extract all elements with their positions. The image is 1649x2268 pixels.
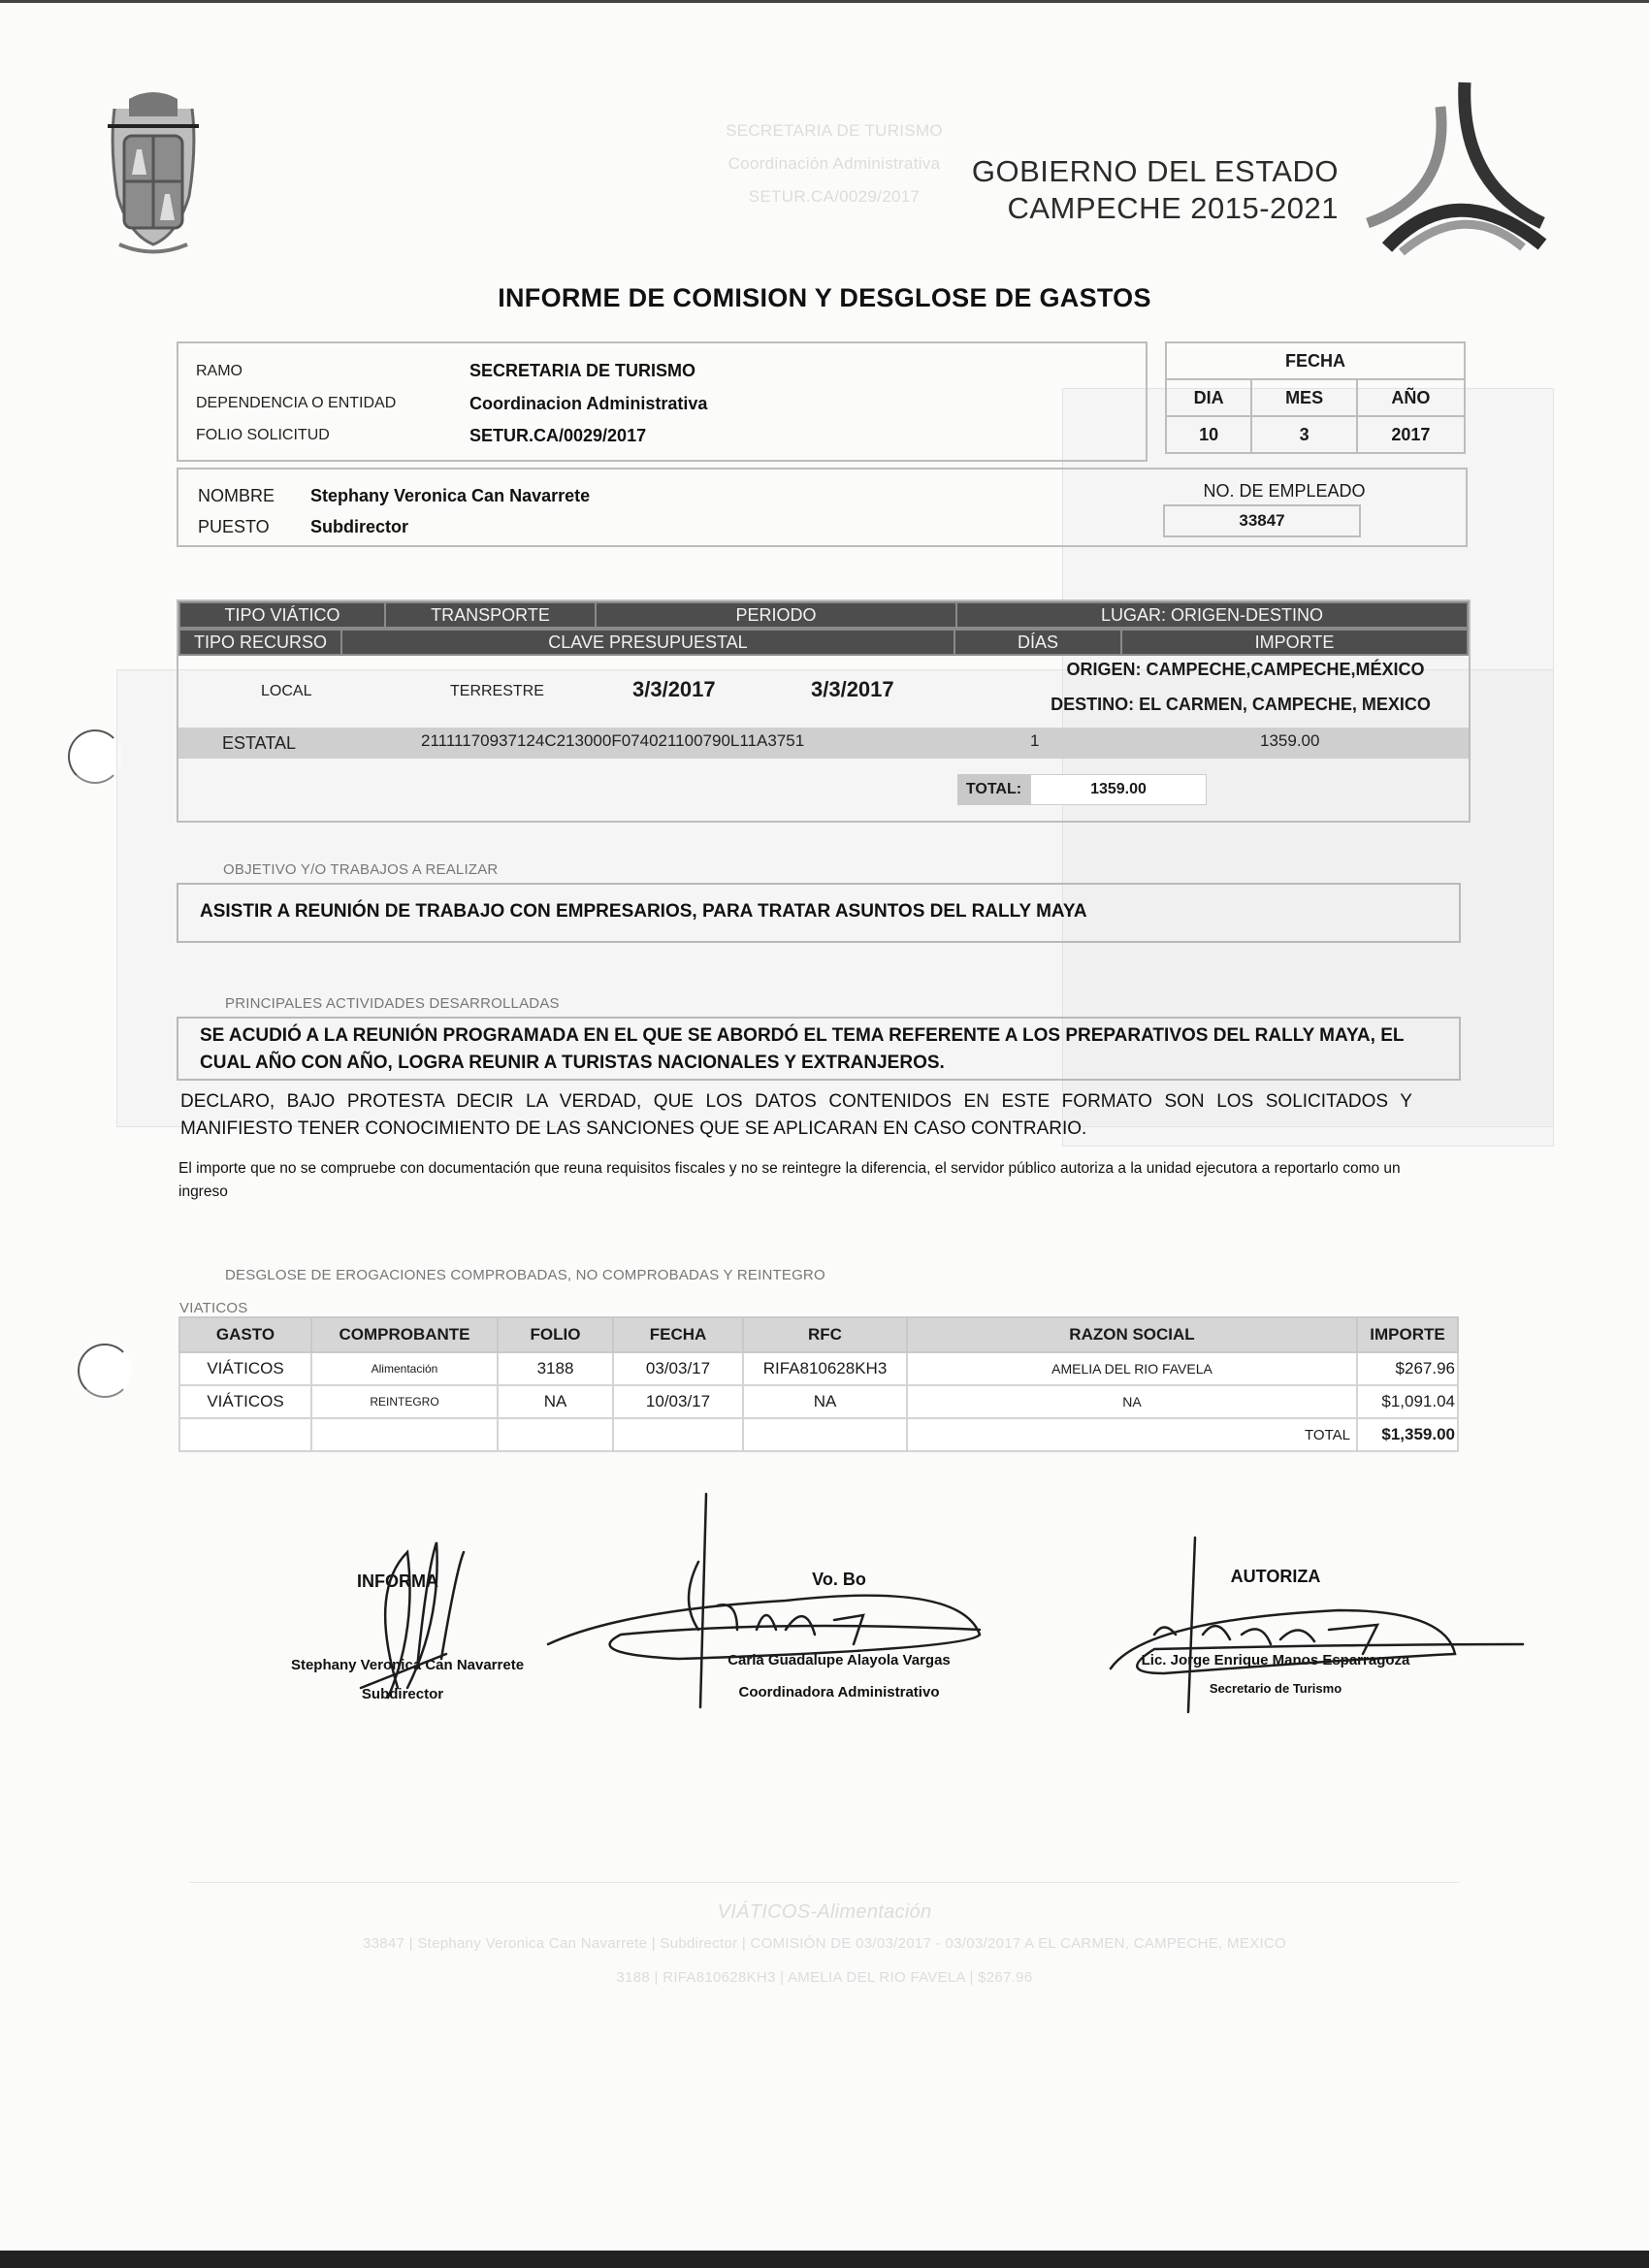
objetivo-box: ASISTIR A REUNIÓN DE TRABAJO CON EMPRESA… — [177, 883, 1461, 943]
viaticos-row-2: ESTATAL 21111170937124C213000F0740211007… — [178, 728, 1469, 759]
scan-bottom-edge — [0, 2251, 1649, 2268]
objetivo-text: ASISTIR A REUNIÓN DE TRABAJO CON EMPRESA… — [200, 898, 1087, 925]
expense-table: GASTO COMPROBANTE FOLIO FECHA RFC RAZON … — [178, 1316, 1459, 1452]
ghost-divider — [189, 1882, 1460, 1883]
dependencia-value: Coordinacion Administrativa — [469, 394, 707, 414]
col-tipo-viatico: TIPO VIÁTICO — [179, 602, 385, 628]
clave-presupuestal-value: 21111170937124C213000F074021100790L11A37… — [421, 731, 804, 751]
transporte-value: TERRESTRE — [450, 683, 544, 700]
folio-label: FOLIO SOLICITUD — [196, 427, 330, 444]
desglose-subcaption: VIATICOS — [179, 1300, 248, 1316]
col-periodo: PERIODO — [596, 602, 956, 628]
cell-fecha: 10/03/17 — [613, 1385, 743, 1418]
importe-value: 1359.00 — [1260, 731, 1319, 751]
cell-fecha: 03/03/17 — [613, 1352, 743, 1385]
employee-box: NOMBRE Stephany Veronica Can Navarrete P… — [177, 468, 1468, 547]
viaticos-row-1: LOCAL TERRESTRE 3/3/2017 3/3/2017 ORIGEN… — [178, 656, 1469, 728]
dia-label: DIA — [1166, 379, 1251, 416]
mes-value: 3 — [1251, 416, 1357, 453]
col-importe: IMPORTE — [1121, 630, 1468, 655]
col-tipo-recurso: TIPO RECURSO — [179, 630, 341, 655]
viaticos-table: TIPO VIÁTICO TRANSPORTE PERIODO LUGAR: O… — [177, 599, 1471, 823]
tipo-viatico-value: LOCAL — [261, 683, 311, 700]
header-folio: FOLIO — [498, 1317, 613, 1352]
gov-line-2: CAMPECHE 2015-2021 — [931, 190, 1339, 227]
ghost-footer-line: 3188 | RIFA810628KH3 | AMELIA DEL RIO FA… — [189, 1969, 1460, 1986]
col-dias: DÍAS — [954, 630, 1121, 655]
header-fecha: FECHA — [613, 1317, 743, 1352]
periodo-fin: 3/3/2017 — [811, 677, 894, 702]
header-importe: IMPORTE — [1357, 1317, 1458, 1352]
dia-value: 10 — [1166, 416, 1251, 453]
total-label: TOTAL: — [957, 774, 1030, 805]
destino-value: DESTINO: EL CARMEN, CAMPECHE, MEXICO — [1022, 695, 1459, 715]
table-row: VIÁTICOS Alimentación 3188 03/03/17 RIFA… — [179, 1352, 1458, 1385]
viaticos-total-row: TOTAL: 1359.00 — [178, 759, 1469, 807]
total-value: 1359.00 — [1030, 774, 1207, 805]
punch-hole — [78, 1344, 132, 1398]
government-logo — [1358, 78, 1552, 262]
col-lugar: LUGAR: ORIGEN-DESTINO — [956, 602, 1468, 628]
puesto-label: PUESTO — [198, 517, 270, 537]
nombre-value: Stephany Veronica Can Navarrete — [310, 486, 590, 506]
ano-value: 2017 — [1357, 416, 1465, 453]
mes-label: MES — [1251, 379, 1357, 416]
dias-value: 1 — [1030, 731, 1039, 751]
header-comprobante: COMPROBANTE — [311, 1317, 498, 1352]
ramo-label: RAMO — [196, 363, 242, 380]
cell-importe: $1,091.04 — [1357, 1385, 1458, 1418]
state-crest-logo — [100, 89, 207, 254]
total-value: $1,359.00 — [1357, 1418, 1458, 1451]
cell-razon-social: NA — [907, 1385, 1357, 1418]
cell-comprobante: Alimentación — [311, 1352, 498, 1385]
actividades-box: SE ACUDIÓ A LA REUNIÓN PROGRAMADA EN EL … — [177, 1017, 1461, 1081]
cell-gasto: VIÁTICOS — [179, 1352, 311, 1385]
handwritten-signatures — [0, 1474, 1649, 1727]
declaracion-text: DECLARO, BAJO PROTESTA DECIR LA VERDAD, … — [180, 1088, 1412, 1143]
viaticos-header-row-2: TIPO RECURSO CLAVE PRESUPUESTAL DÍAS IMP… — [178, 629, 1469, 656]
actividades-text: SE ACUDIÓ A LA REUNIÓN PROGRAMADA EN EL … — [200, 1022, 1451, 1077]
gov-line-1: GOBIERNO DEL ESTADO — [931, 153, 1339, 190]
employee-number-label: NO. DE EMPLEADO — [1178, 481, 1391, 502]
origen-value: ORIGEN: CAMPECHE,CAMPECHE,MÉXICO — [1032, 660, 1459, 680]
folio-value: SETUR.CA/0029/2017 — [469, 426, 646, 446]
cell-importe: $267.96 — [1357, 1352, 1458, 1385]
scan-top-edge — [0, 0, 1649, 3]
cell-razon-social: AMELIA DEL RIO FAVELA — [907, 1352, 1357, 1385]
aviso-text: El importe que no se compruebe con docum… — [178, 1157, 1449, 1204]
total-label: TOTAL — [907, 1418, 1357, 1451]
cell-folio: 3188 — [498, 1352, 613, 1385]
col-transporte: TRANSPORTE — [385, 602, 596, 628]
periodo-inicio: 3/3/2017 — [632, 677, 716, 702]
desglose-caption: DESGLOSE DE EROGACIONES COMPROBADAS, NO … — [225, 1267, 825, 1283]
cell-rfc: RIFA810628KH3 — [743, 1352, 907, 1385]
cell-rfc: NA — [743, 1385, 907, 1418]
info-box: RAMO SECRETARIA DE TURISMO DEPENDENCIA O… — [177, 341, 1148, 462]
viaticos-header-row-1: TIPO VIÁTICO TRANSPORTE PERIODO LUGAR: O… — [178, 601, 1469, 629]
table-row: VIÁTICOS REINTEGRO NA 10/03/17 NA NA $1,… — [179, 1385, 1458, 1418]
table-total-row: TOTAL $1,359.00 — [179, 1418, 1458, 1451]
government-name: GOBIERNO DEL ESTADO CAMPECHE 2015-2021 — [931, 153, 1339, 227]
fecha-title: FECHA — [1166, 342, 1465, 379]
ghost-footer-title: VIÁTICOS-Alimentación — [189, 1901, 1460, 1924]
objetivo-caption: OBJETIVO Y/O TRABAJOS A REALIZAR — [223, 861, 498, 878]
ano-label: AÑO — [1357, 379, 1465, 416]
cell-comprobante: REINTEGRO — [311, 1385, 498, 1418]
dependencia-label: DEPENDENCIA O ENTIDAD — [196, 395, 396, 412]
ghost-line: SECRETARIA DE TURISMO — [679, 114, 989, 147]
ghost-footer-line: 33847 | Stephany Veronica Can Navarrete … — [189, 1935, 1460, 1952]
punch-hole — [68, 729, 122, 784]
header-rfc: RFC — [743, 1317, 907, 1352]
cell-gasto: VIÁTICOS — [179, 1385, 311, 1418]
actividades-caption: PRINCIPALES ACTIVIDADES DESARROLLADAS — [225, 995, 560, 1012]
nombre-label: NOMBRE — [198, 486, 275, 506]
tipo-recurso-value: ESTATAL — [222, 733, 296, 754]
cell-folio: NA — [498, 1385, 613, 1418]
ramo-value: SECRETARIA DE TURISMO — [469, 361, 695, 381]
employee-number-value: 33847 — [1163, 504, 1361, 537]
header-razon-social: RAZON SOCIAL — [907, 1317, 1357, 1352]
header-gasto: GASTO — [179, 1317, 311, 1352]
col-clave: CLAVE PRESUPUESTAL — [341, 630, 954, 655]
fecha-table: FECHA DIA MES AÑO 10 3 2017 — [1165, 341, 1466, 454]
puesto-value: Subdirector — [310, 517, 408, 537]
document-title: INFORME DE COMISION Y DESGLOSE DE GASTOS — [0, 283, 1649, 313]
